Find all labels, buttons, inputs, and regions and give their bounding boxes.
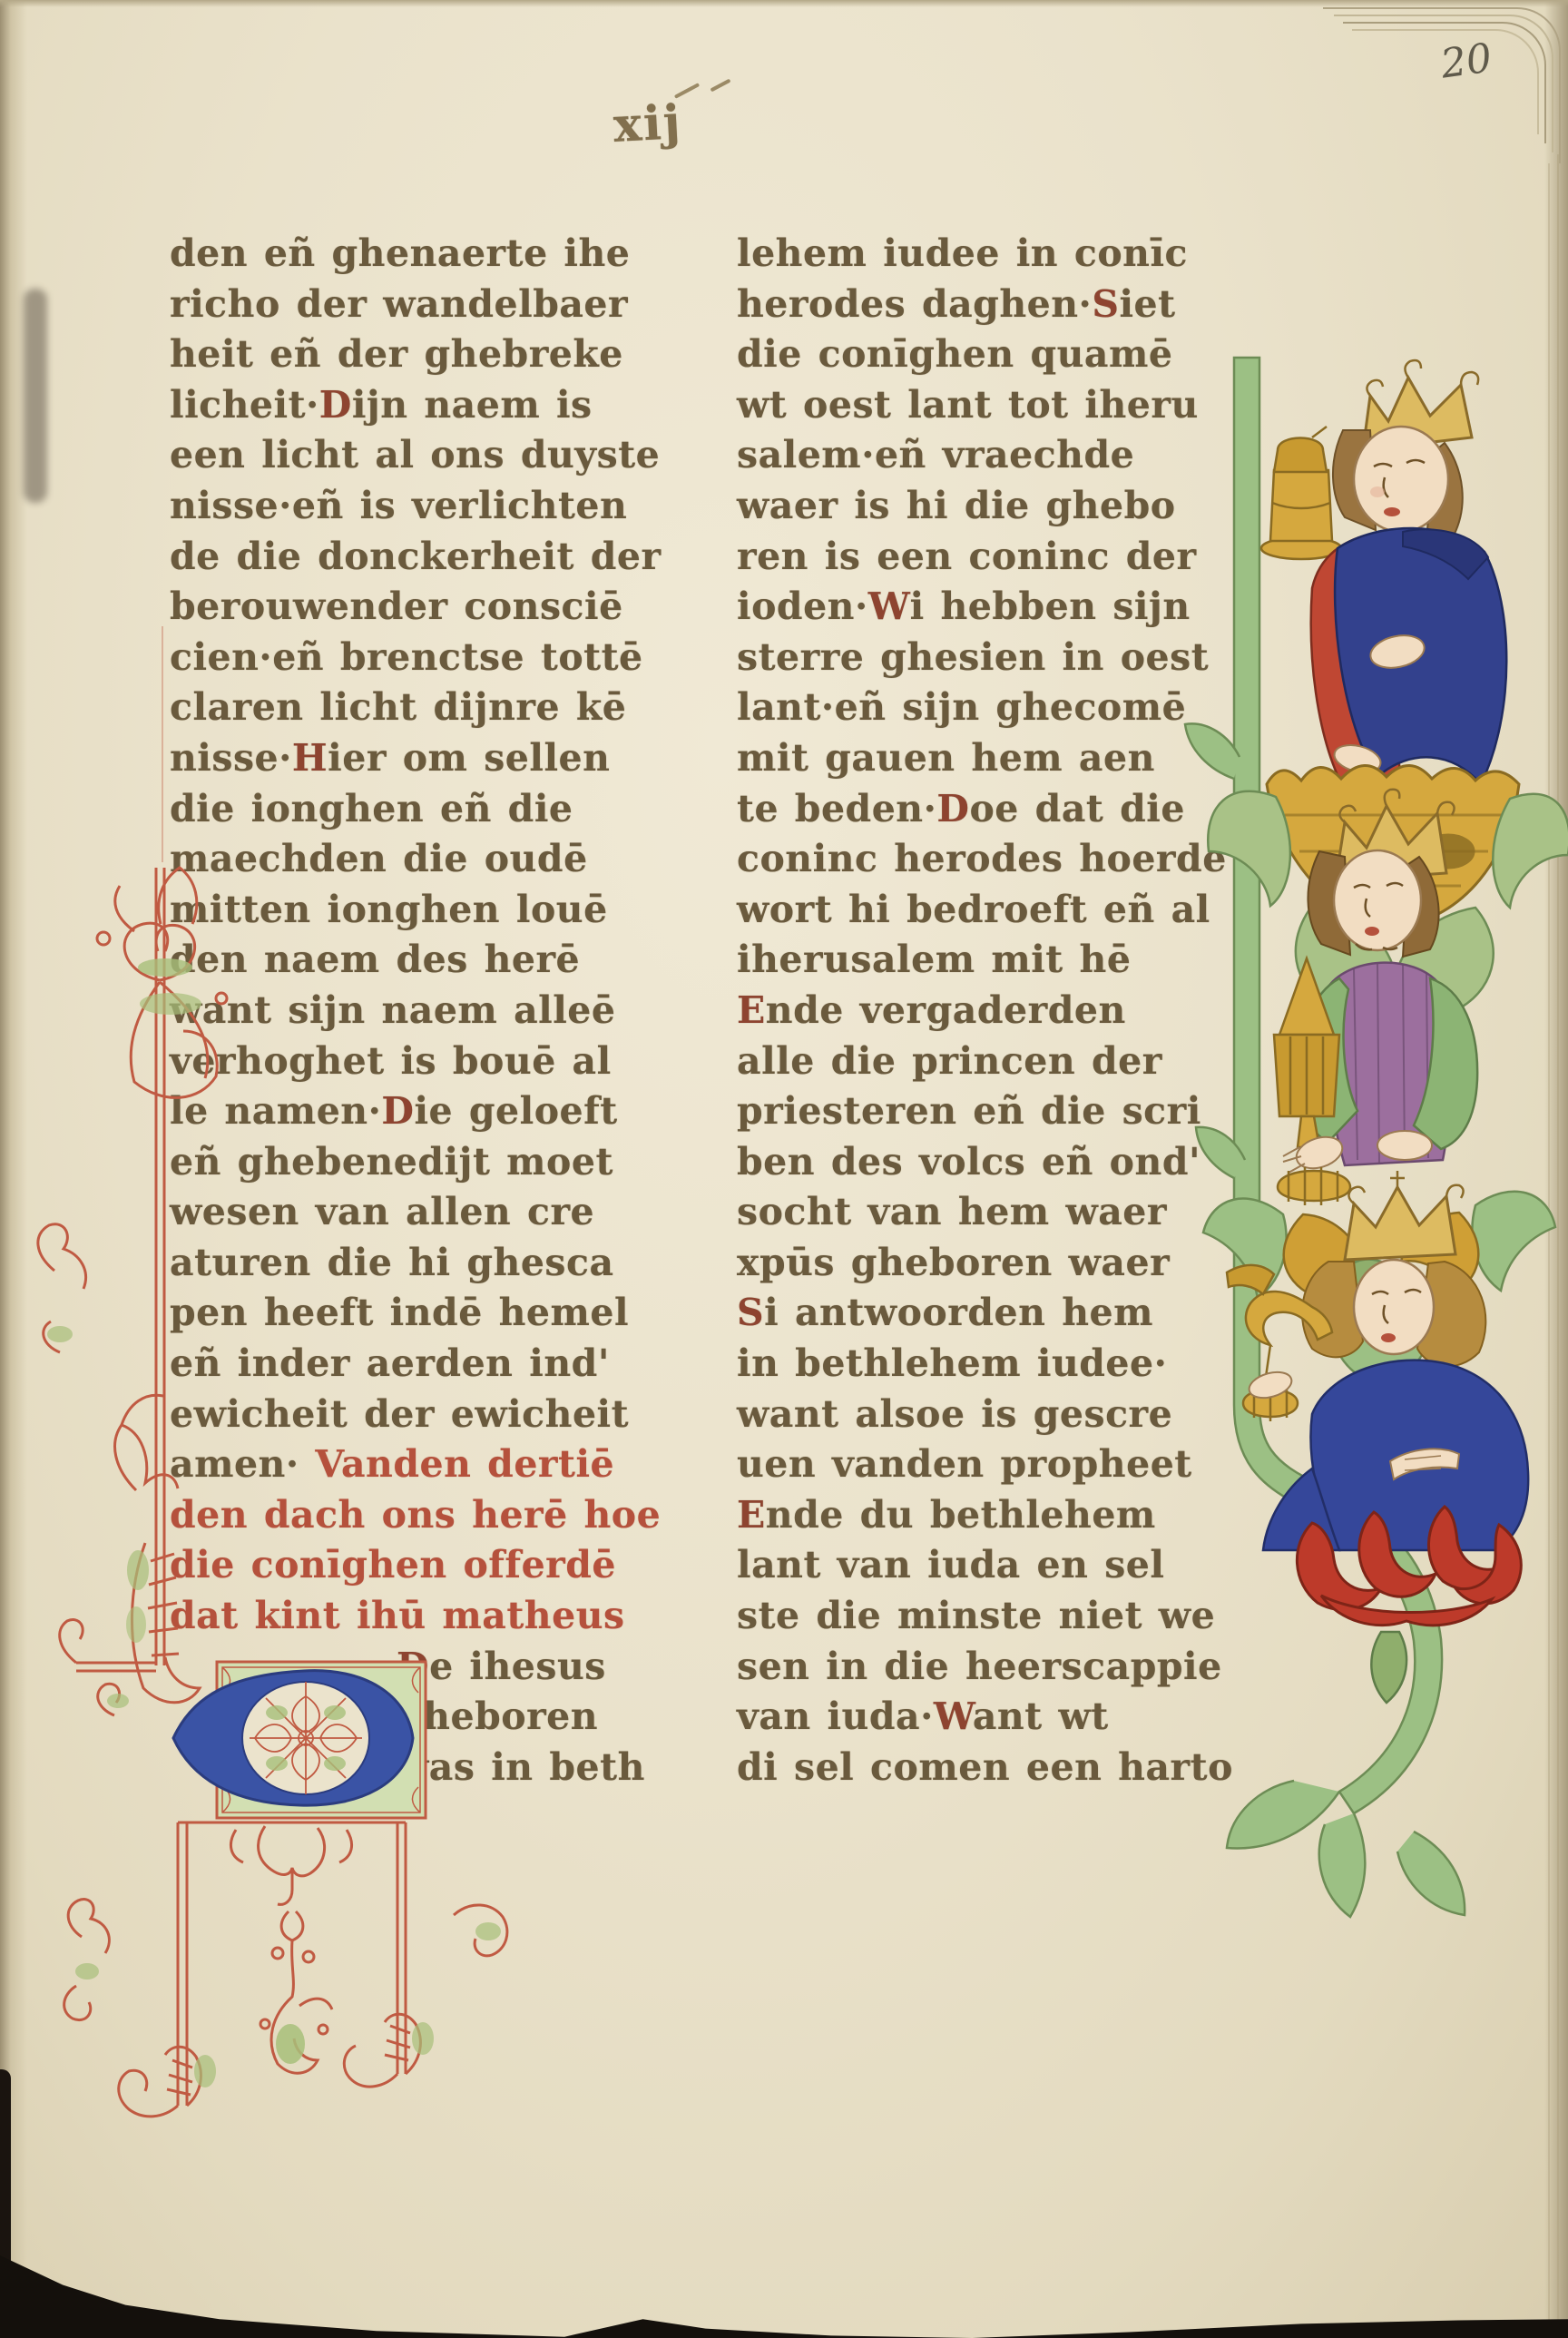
body-text: uen vanden propheet (737, 1442, 1192, 1486)
body-text: salem·eñ vraechde (737, 433, 1134, 476)
manuscript-text-line: lehem iudee in conīc (737, 229, 1227, 280)
manuscript-text-line: sen in die heerscappie (737, 1642, 1227, 1693)
body-text: nisse· (170, 736, 292, 780)
body-text: ren is een coninc der (737, 535, 1197, 578)
body-text: wort hi bedroeft eñ al (737, 888, 1210, 931)
body-text: berouwender consciē (170, 584, 623, 628)
body-text: die conīghen quamē (737, 332, 1172, 376)
hand (1377, 1131, 1432, 1160)
face (1354, 427, 1448, 532)
body-text: richo der wandelbaer (170, 282, 628, 326)
manuscript-text-line: sterre ghesien in oest (737, 633, 1227, 683)
parchment-page: xij 20 den eñ ghenaerte ihericho der wan… (0, 0, 1568, 2338)
body-text: den eñ ghenaerte ihe (170, 231, 630, 275)
manuscript-scan: xij 20 den eñ ghenaerte ihericho der wan… (0, 0, 1568, 2338)
manuscript-text-line: waer is hi die ghebo (737, 481, 1227, 532)
body-text: wt oest lant tot iheru (737, 383, 1199, 427)
body-text: alle die princen der (737, 1039, 1162, 1083)
body-text: iherusalem mit hē (737, 938, 1131, 981)
body-text: S (1092, 282, 1119, 326)
body-text: een licht al ons duyste (170, 433, 660, 476)
body-text: ioden· (737, 584, 868, 628)
pen-tick-mark (674, 83, 700, 99)
penwork-border (27, 844, 653, 2224)
body-text: W (868, 584, 910, 628)
manuscript-text-line: Ende du bethlehem (737, 1490, 1227, 1541)
body-text: sen in die heerscappie (737, 1645, 1222, 1688)
page-top-edge (0, 0, 1568, 7)
manuscript-text-line: richo der wandelbaer (170, 280, 660, 330)
body-text: cien·eñ brenctse tottē (170, 635, 643, 679)
manuscript-text-line: mit gauen hem aen (737, 733, 1227, 784)
manuscript-text-line: nisse·eñ is verlichten (170, 481, 660, 532)
manuscript-text-line: wort hi bedroeft eñ al (737, 885, 1227, 936)
body-text: W (934, 1695, 973, 1738)
body-text: nde du bethlehem (766, 1493, 1156, 1537)
manuscript-text-line: coninc herodes hoerde (737, 834, 1227, 885)
body-text: coninc herodes hoerde (737, 837, 1227, 880)
body-text: lehem iudee in conīc (737, 231, 1188, 275)
manuscript-text-line: den eñ ghenaerte ihe (170, 229, 660, 280)
manuscript-text-line: iherusalem mit hē (737, 935, 1227, 986)
edge-smudge (24, 289, 47, 503)
body-text: H (292, 736, 328, 780)
magi-miniatures (1176, 343, 1568, 1940)
body-text: socht van hem waer (737, 1190, 1167, 1233)
body-text: ier om sellen (328, 736, 610, 780)
body-text: heit eñ der ghebreke (170, 332, 623, 376)
manuscript-text-line: xpūs gheboren waer (737, 1238, 1227, 1289)
manuscript-text-line: want alsoe is gescre (737, 1390, 1227, 1440)
manuscript-text-line: Si antwoorden hem (737, 1288, 1227, 1339)
body-text: S (737, 1291, 764, 1334)
body-text: ijn naem is (352, 383, 593, 427)
body-text: ben des volcs eñ ond' (737, 1140, 1200, 1184)
body-text: di sel comen een harto (737, 1745, 1233, 1789)
body-text: D (319, 383, 352, 427)
body-text: in bethlehem iudee· (737, 1341, 1167, 1385)
gold-knop (1278, 1167, 1350, 1205)
manuscript-text-line: ioden·Wi hebben sijn (737, 582, 1227, 633)
manuscript-text-line: van iuda·Want wt (737, 1692, 1227, 1743)
gift-pyx (1261, 427, 1341, 559)
manuscript-text-line: lant·eñ sijn ghecomē (737, 683, 1227, 733)
page-corner-edge (1323, 7, 1561, 163)
folio-number: 20 (1438, 34, 1495, 87)
body-text: E (737, 988, 766, 1032)
crown-icon (1345, 1187, 1455, 1260)
ruling-line (162, 626, 163, 862)
face (1334, 850, 1421, 950)
body-text: nisse·eñ is verlichten (170, 484, 627, 527)
manuscript-text-line: socht van hem waer (737, 1187, 1227, 1238)
body-text: want alsoe is gescre (737, 1392, 1172, 1436)
body-text: mit gauen hem aen (737, 736, 1155, 780)
manuscript-text-line: te beden·Doe dat die (737, 784, 1227, 835)
body-text: te beden· (737, 787, 936, 830)
body-text: iet (1119, 282, 1175, 326)
manuscript-text-line: Ende vergaderden (737, 986, 1227, 1036)
body-text: die ionghen eñ die (170, 787, 573, 830)
manuscript-text-line: cien·eñ brenctse tottē (170, 633, 660, 683)
body-text: oe dat die (969, 787, 1184, 830)
illuminated-initial (168, 1656, 431, 1824)
manuscript-text-line: een licht al ons duyste (170, 430, 660, 481)
body-text: lant van iuda en sel (737, 1543, 1164, 1586)
body-text: nde vergaderden (766, 988, 1126, 1032)
body-text: licheit· (170, 383, 319, 427)
manuscript-text-line: die ionghen eñ die (170, 784, 660, 835)
body-text: lant·eñ sijn ghecomē (737, 685, 1186, 729)
body-text: claren licht dijnre kē (170, 685, 626, 729)
manuscript-text-line: uen vanden propheet (737, 1439, 1227, 1490)
right-text-column: lehem iudee in conīcherodes daghen·Sietd… (737, 229, 1227, 1793)
body-text: E (737, 1493, 766, 1537)
body-text: van iuda· (737, 1695, 934, 1738)
manuscript-text-line: die conīghen quamē (737, 329, 1227, 380)
body-text: de die donckerheit der (170, 535, 661, 578)
calyx (1371, 1632, 1406, 1703)
body-text: ant wt (973, 1695, 1109, 1738)
body-text: herodes daghen· (737, 282, 1092, 326)
manuscript-text-line: de die donckerheit der (170, 532, 660, 583)
manuscript-text-line: priesteren eñ die scri (737, 1086, 1227, 1137)
manuscript-text-line: di sel comen een harto (737, 1743, 1227, 1793)
scan-background (0, 2220, 1568, 2338)
body-text: priesteren eñ die scri (737, 1089, 1201, 1133)
manuscript-text-line: ben des volcs eñ ond' (737, 1137, 1227, 1188)
body-text: sterre ghesien in oest (737, 635, 1209, 679)
manuscript-text-line: licheit·Dijn naem is (170, 380, 660, 431)
manuscript-text-line: in bethlehem iudee· (737, 1339, 1227, 1390)
header-numeral: xij (612, 94, 683, 153)
manuscript-text-line: berouwender consciē (170, 582, 660, 633)
manuscript-text-line: wt oest lant tot iheru (737, 380, 1227, 431)
body-text: i antwoorden hem (764, 1291, 1153, 1334)
pen-tick-mark (710, 79, 730, 93)
body-text: xpūs gheboren waer (737, 1241, 1170, 1284)
body-text: ste die minste niet we (737, 1594, 1215, 1637)
manuscript-text-line: salem·eñ vraechde (737, 430, 1227, 481)
body-text: i hebben sijn (910, 584, 1191, 628)
manuscript-text-line: lant van iuda en sel (737, 1540, 1227, 1591)
manuscript-text-line: ste die minste niet we (737, 1591, 1227, 1642)
body-text: D (936, 787, 969, 830)
body-text: waer is hi die ghebo (737, 484, 1176, 527)
manuscript-text-line: alle die princen der (737, 1036, 1227, 1087)
manuscript-text-line: nisse·Hier om sellen (170, 733, 660, 784)
manuscript-text-line: herodes daghen·Siet (737, 280, 1227, 330)
manuscript-text-line: heit eñ der ghebreke (170, 329, 660, 380)
manuscript-text-line: claren licht dijnre kē (170, 683, 660, 733)
manuscript-text-line: ren is een coninc der (737, 532, 1227, 583)
